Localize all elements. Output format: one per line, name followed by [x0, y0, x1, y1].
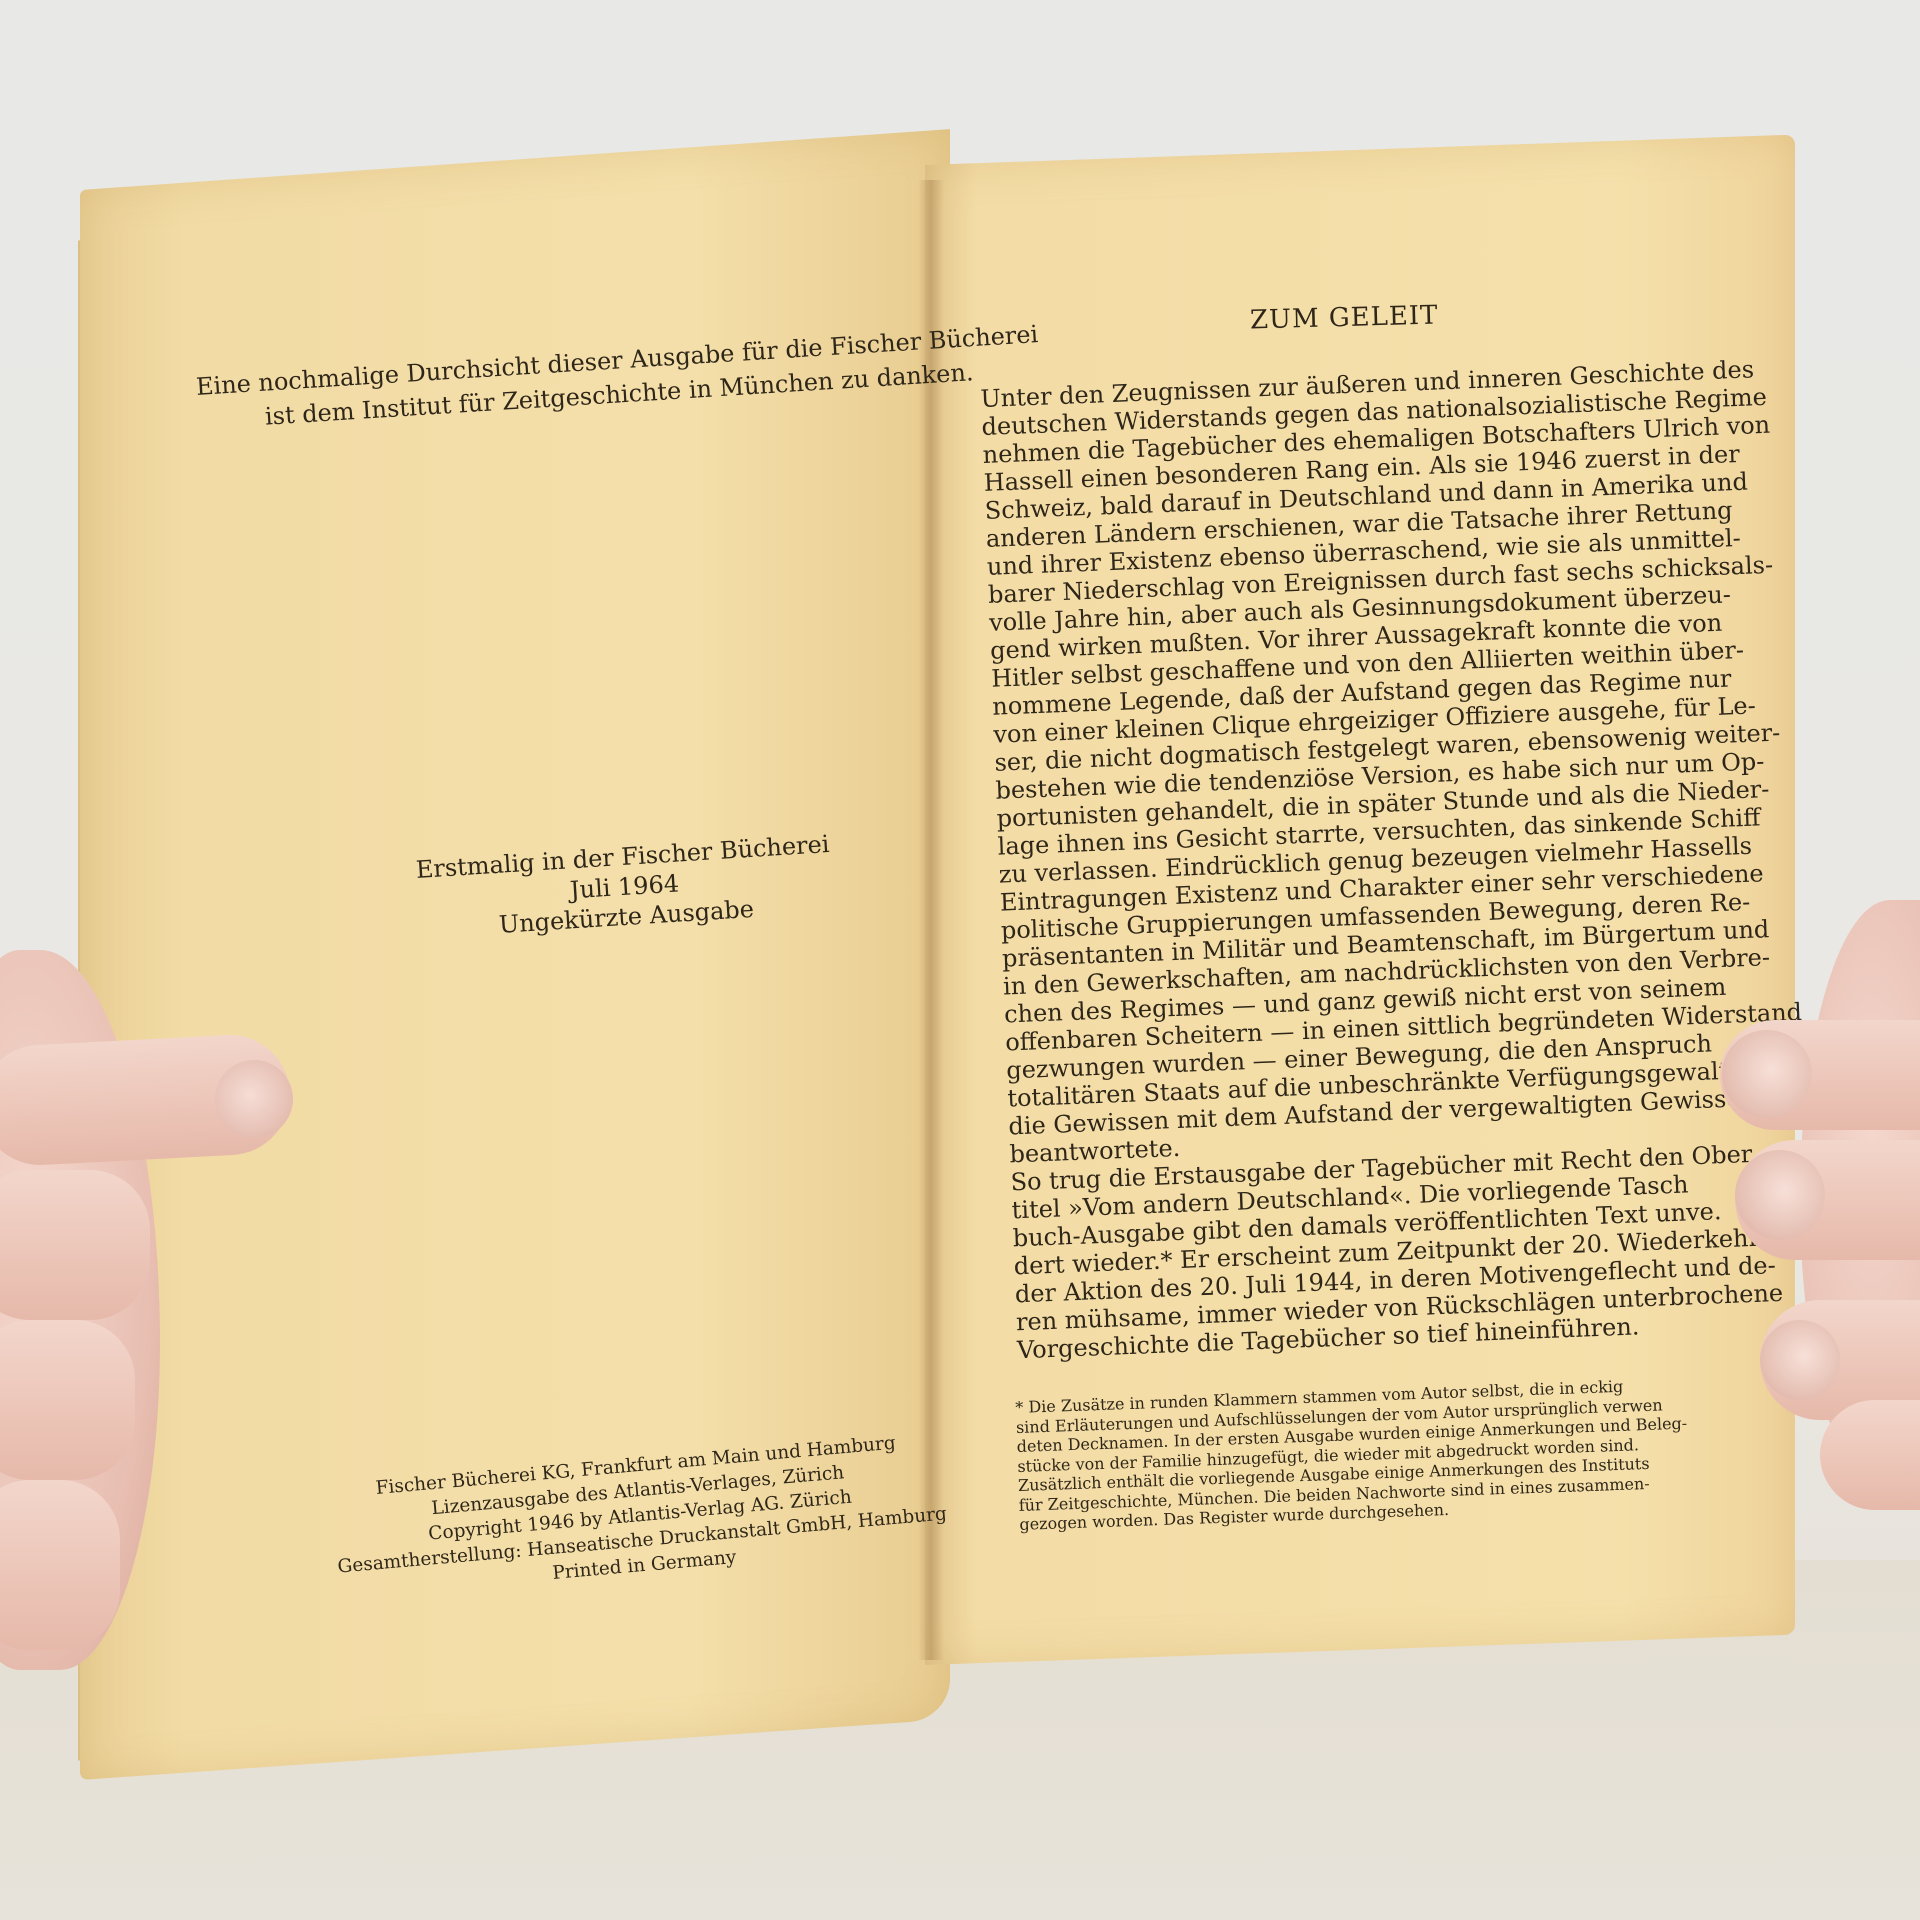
chapter-title: ZUM GELEIT: [1250, 301, 1439, 336]
right-fingernail: [1735, 1150, 1825, 1240]
body-text: Unter den Zeugnissen zur äußeren und inn…: [980, 354, 1814, 1364]
left-finger: [0, 1170, 150, 1320]
left-thumbnail: [215, 1060, 293, 1138]
left-finger: [0, 1320, 135, 1480]
right-finger: [1820, 1400, 1920, 1510]
right-fingernail: [1722, 1030, 1812, 1118]
right-fingernail: [1760, 1320, 1840, 1400]
footnote: * Die Zusätze in runden Klammern stammen…: [1015, 1375, 1690, 1535]
left-finger: [0, 1480, 120, 1650]
